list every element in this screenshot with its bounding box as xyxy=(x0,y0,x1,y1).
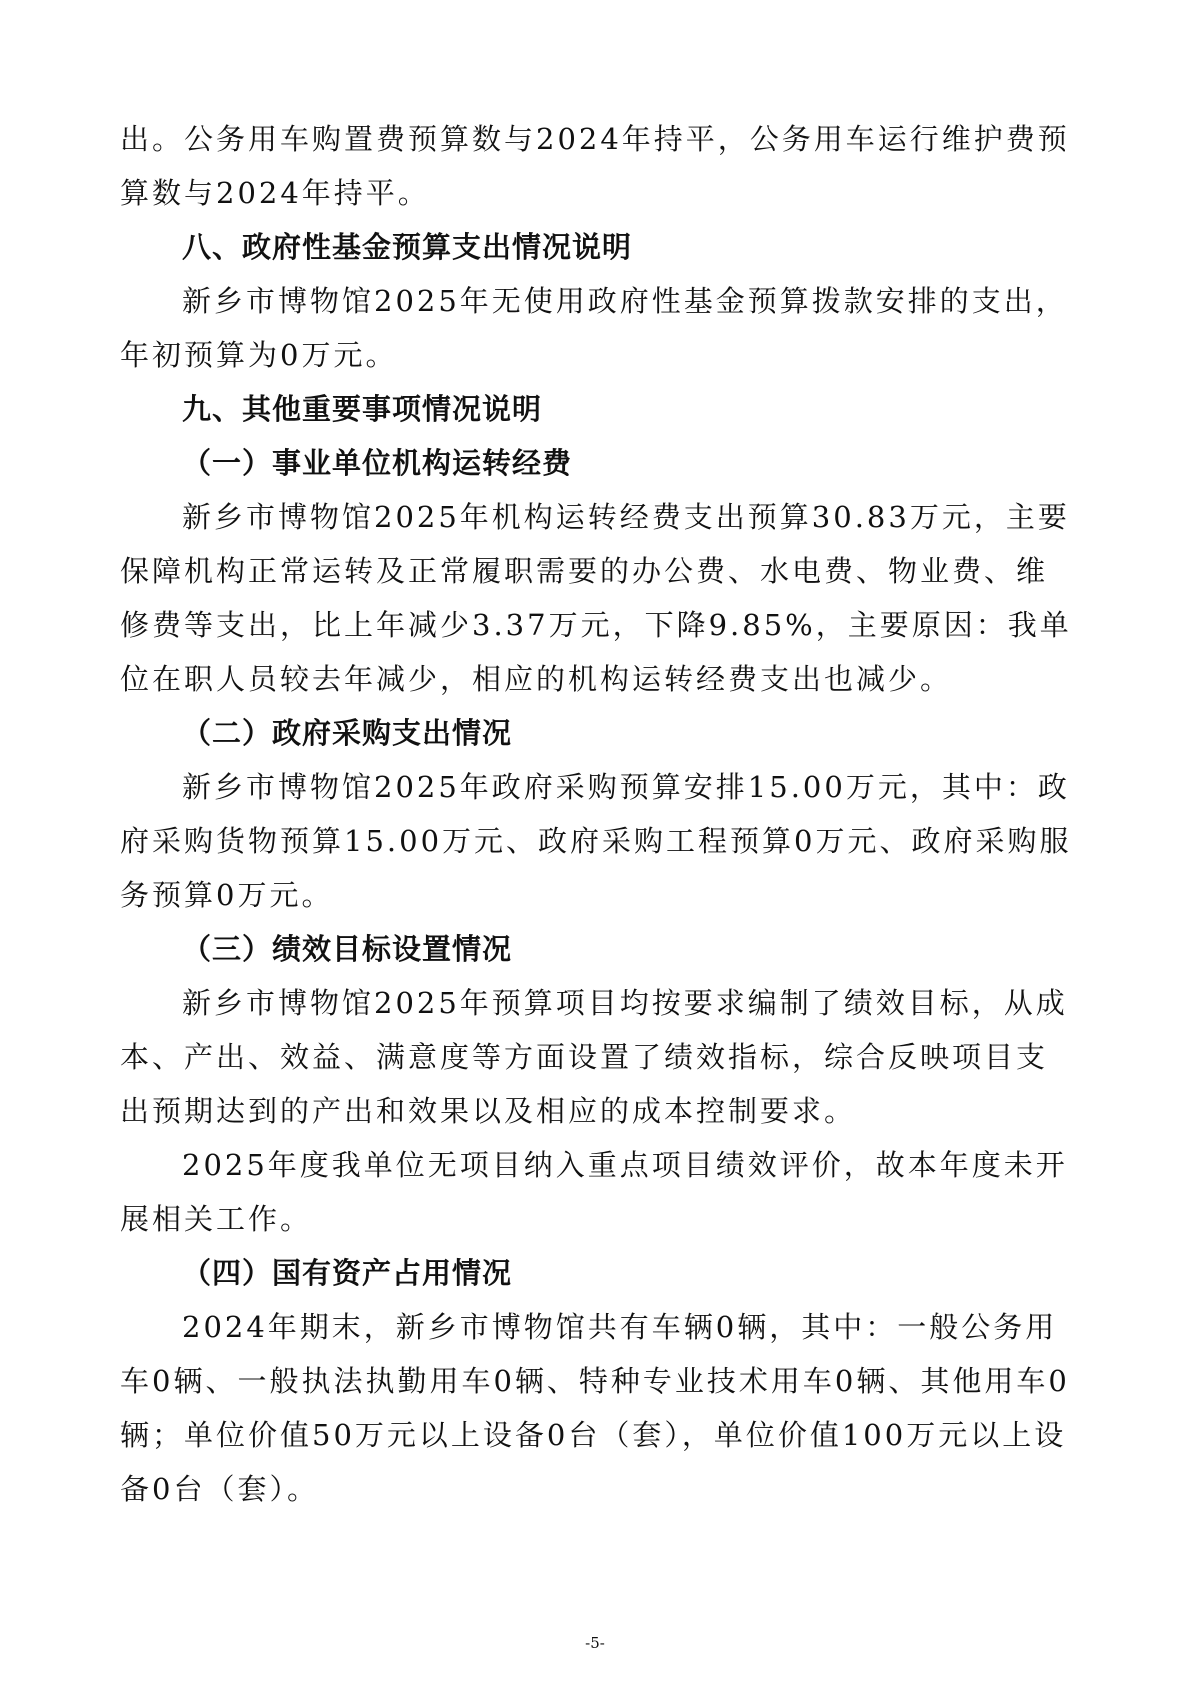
page-number: -5- xyxy=(0,1634,1190,1652)
subsection-heading-4: （四）国有资产占用情况 xyxy=(120,1246,1070,1300)
body-line: 2024年期末，新乡市博物馆共有车辆0辆，其中：一般公务用 xyxy=(120,1300,1070,1354)
body-line: 算数与2024年持平。 xyxy=(120,166,1070,220)
section-heading-9: 九、其他重要事项情况说明 xyxy=(120,382,1070,436)
body-line: 新乡市博物馆2025年预算项目均按要求编制了绩效目标，从成 xyxy=(120,976,1070,1030)
body-line: 新乡市博物馆2025年政府采购预算安排15.00万元，其中：政 xyxy=(120,760,1070,814)
subsection-heading-2: （二）政府采购支出情况 xyxy=(120,706,1070,760)
body-line: 修费等支出，比上年减少3.37万元，下降9.85%，主要原因：我单 xyxy=(120,598,1070,652)
body-line: 新乡市博物馆2025年机构运转经费支出预算30.83万元，主要 xyxy=(120,490,1070,544)
body-line: 保障机构正常运转及正常履职需要的办公费、水电费、物业费、维 xyxy=(120,544,1070,598)
body-line: 府采购货物预算15.00万元、政府采购工程预算0万元、政府采购服 xyxy=(120,814,1070,868)
body-line: 展相关工作。 xyxy=(120,1192,1070,1246)
body-line: 2025年度我单位无项目纳入重点项目绩效评价，故本年度未开 xyxy=(120,1138,1070,1192)
document-page: 出。公务用车购置费预算数与2024年持平，公务用车运行维护费预 算数与2024年… xyxy=(120,112,1070,1516)
subsection-heading-3: （三）绩效目标设置情况 xyxy=(120,922,1070,976)
body-line: 本、产出、效益、满意度等方面设置了绩效指标，综合反映项目支 xyxy=(120,1030,1070,1084)
body-line: 备0台（套）。 xyxy=(120,1462,1070,1516)
body-line: 辆；单位价值50万元以上设备0台（套），单位价值100万元以上设 xyxy=(120,1408,1070,1462)
subsection-heading-1: （一）事业单位机构运转经费 xyxy=(120,436,1070,490)
body-line: 位在职人员较去年减少，相应的机构运转经费支出也减少。 xyxy=(120,652,1070,706)
body-line: 年初预算为0万元。 xyxy=(120,328,1070,382)
body-line: 出。公务用车购置费预算数与2024年持平，公务用车运行维护费预 xyxy=(120,112,1070,166)
body-line: 出预期达到的产出和效果以及相应的成本控制要求。 xyxy=(120,1084,1070,1138)
section-heading-8: 八、政府性基金预算支出情况说明 xyxy=(120,220,1070,274)
body-line: 新乡市博物馆2025年无使用政府性基金预算拨款安排的支出， xyxy=(120,274,1070,328)
body-line: 车0辆、一般执法执勤用车0辆、特种专业技术用车0辆、其他用车0 xyxy=(120,1354,1070,1408)
body-line: 务预算0万元。 xyxy=(120,868,1070,922)
